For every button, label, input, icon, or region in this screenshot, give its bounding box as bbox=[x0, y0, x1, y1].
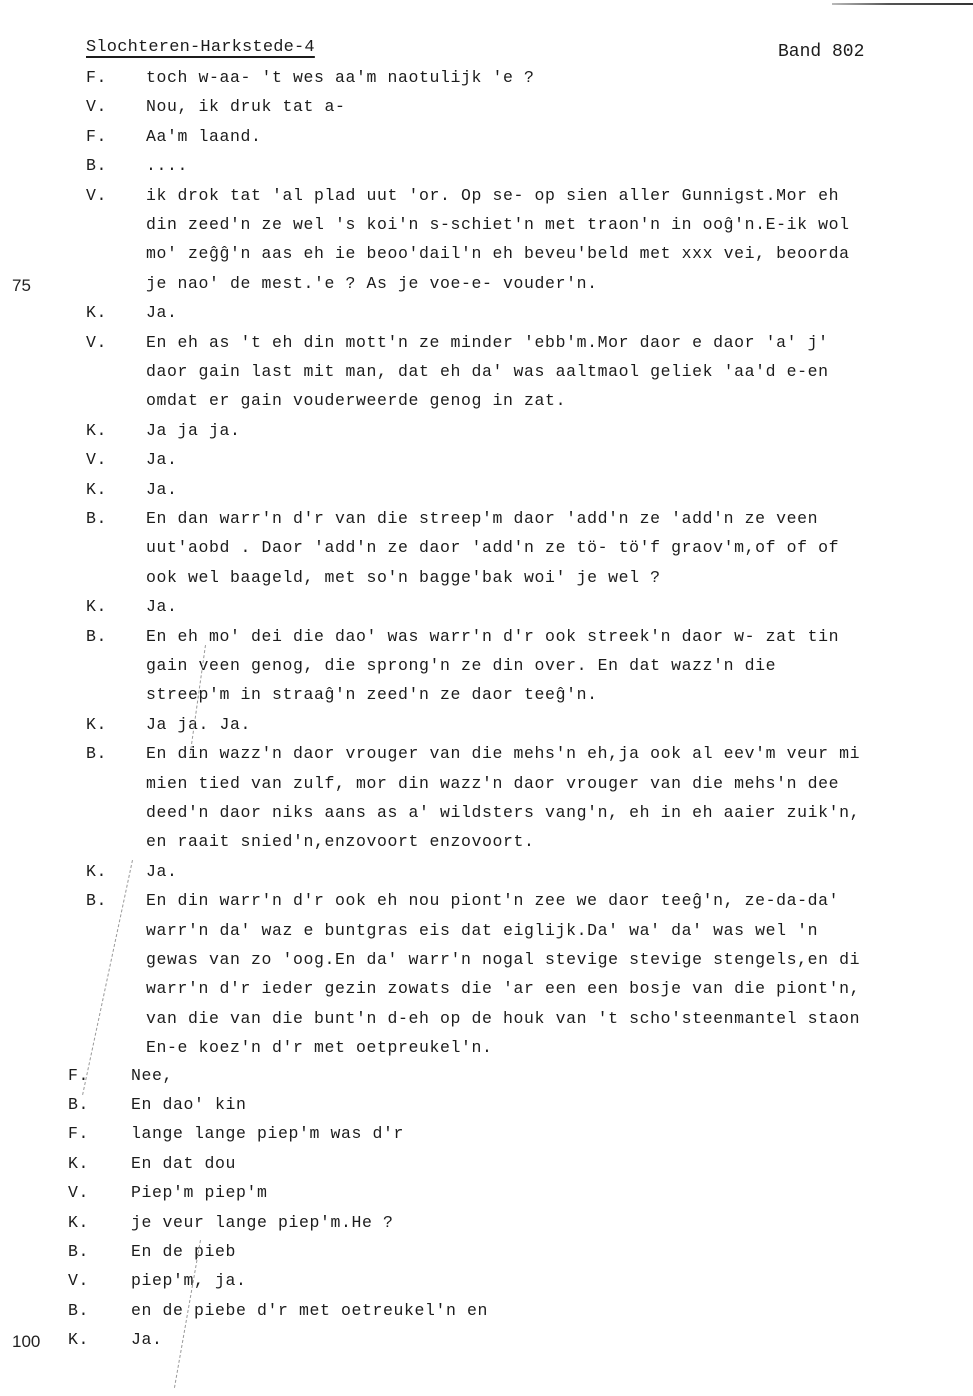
speaker-label: K. bbox=[68, 1330, 108, 1349]
utterance-text: en raait snied'n,enzovoort enzovoort. bbox=[146, 832, 535, 851]
speaker-label: V. bbox=[68, 1271, 108, 1290]
utterance-text: Piep'm piep'm bbox=[131, 1183, 268, 1202]
tape-number: Band 802 bbox=[778, 42, 864, 62]
speaker-label: K. bbox=[68, 1213, 108, 1232]
utterance-text: omdat er gain vouderweerde genog in zat. bbox=[146, 391, 566, 410]
utterance-text: van die van die bunt'n d-eh op de houk v… bbox=[146, 1009, 860, 1028]
utterance-text: Ja. bbox=[131, 1330, 163, 1349]
speaker-label: F. bbox=[86, 68, 126, 87]
speaker-label: V. bbox=[68, 1183, 108, 1202]
utterance-text: En eh as 't eh din mott'n ze minder 'ebb… bbox=[146, 333, 829, 352]
utterance-text: lange lange piep'm was d'r bbox=[131, 1124, 404, 1143]
speaker-label: V. bbox=[86, 333, 126, 352]
speaker-label: V. bbox=[86, 450, 126, 469]
utterance-text: deed'n daor niks aans as a' wildsters va… bbox=[146, 803, 860, 822]
utterance-text: gain veen genog, die sprong'n ze din ove… bbox=[146, 656, 776, 675]
utterance-text: En dat dou bbox=[131, 1154, 236, 1173]
utterance-text: En din warr'n d'r ook eh nou piont'n zee… bbox=[146, 891, 839, 910]
speaker-label: B. bbox=[68, 1242, 108, 1261]
document-title: Slochteren-Harkstede-4 bbox=[86, 38, 315, 57]
speaker-label: K. bbox=[86, 597, 126, 616]
utterance-text: Ja. bbox=[146, 597, 178, 616]
speaker-label: B. bbox=[68, 1301, 108, 1320]
utterance-text: piep'm, ja. bbox=[131, 1271, 247, 1290]
speaker-label: B. bbox=[86, 156, 126, 175]
speaker-label: B. bbox=[86, 891, 126, 910]
margin-line-number: 75 bbox=[12, 276, 31, 296]
speaker-label: F. bbox=[86, 127, 126, 146]
utterance-text: Aa'm laand. bbox=[146, 127, 262, 146]
utterance-text: En din wazz'n daor vrouger van die mehs'… bbox=[146, 744, 860, 763]
utterance-text: mo' zeĝĝ'n aas eh ie beoo'dail'n eh beve… bbox=[146, 244, 850, 263]
utterance-text: warr'n da' waz e buntgras eis dat eiglij… bbox=[146, 921, 818, 940]
utterance-text: Ja. bbox=[146, 862, 178, 881]
speaker-label: K. bbox=[86, 421, 126, 440]
scan-edge-mark bbox=[832, 3, 973, 5]
utterance-text: Ja ja. Ja. bbox=[146, 715, 251, 734]
utterance-text: je veur lange piep'm.He ? bbox=[131, 1213, 394, 1232]
speaker-label: K. bbox=[68, 1154, 108, 1173]
utterance-text: toch w-aa- 't wes aa'm naotulijk 'e ? bbox=[146, 68, 535, 87]
utterance-text: en de piebe d'r met oetreukel'n en bbox=[131, 1301, 488, 1320]
speaker-label: B. bbox=[86, 627, 126, 646]
utterance-text: streep'm in straaĝ'n zeed'n ze daor teeĝ… bbox=[146, 685, 598, 704]
utterance-text: din zeed'n ze wel 's koi'n s-schiet'n me… bbox=[146, 215, 850, 234]
utterance-text: Nee, bbox=[131, 1066, 173, 1085]
speaker-label: F. bbox=[68, 1124, 108, 1143]
utterance-text: En dan warr'n d'r van die streep'm daor … bbox=[146, 509, 818, 528]
utterance-text: ik drok tat 'al plad uut 'or. Op se- op … bbox=[146, 186, 839, 205]
utterance-text: gewas van zo 'oog.En da' warr'n nogal st… bbox=[146, 950, 860, 969]
speaker-label: V. bbox=[86, 186, 126, 205]
utterance-text: Ja. bbox=[146, 450, 178, 469]
utterance-text: .... bbox=[146, 156, 188, 175]
speaker-label: V. bbox=[86, 97, 126, 116]
utterance-text: Ja. bbox=[146, 480, 178, 499]
speaker-label: K. bbox=[86, 862, 126, 881]
utterance-text: En de pieb bbox=[131, 1242, 236, 1261]
utterance-text: Nou, ik druk tat a- bbox=[146, 97, 346, 116]
speaker-label: B. bbox=[86, 509, 126, 528]
utterance-text: warr'n d'r ieder gezin zowats die 'ar ee… bbox=[146, 979, 860, 998]
utterance-text: je nao' de mest.'e ? As je voe-e- vouder… bbox=[146, 274, 598, 293]
speaker-label: K. bbox=[86, 715, 126, 734]
utterance-text: mien tied van zulf, mor din wazz'n daor … bbox=[146, 774, 839, 793]
utterance-text: En eh mo' dei die dao' was warr'n d'r oo… bbox=[146, 627, 839, 646]
speaker-label: B. bbox=[68, 1095, 108, 1114]
utterance-text: Ja. bbox=[146, 303, 178, 322]
utterance-text: En-e koez'n d'r met oetpreukel'n. bbox=[146, 1038, 493, 1057]
utterance-text: uut'aobd . Daor 'add'n ze daor 'add'n ze… bbox=[146, 538, 839, 557]
utterance-text: Ja ja ja. bbox=[146, 421, 241, 440]
utterance-text: ook wel baageld, met so'n bagge'bak woi'… bbox=[146, 568, 661, 587]
speaker-label: B. bbox=[86, 744, 126, 763]
speaker-label: K. bbox=[86, 480, 126, 499]
speaker-label: K. bbox=[86, 303, 126, 322]
utterance-text: En dao' kin bbox=[131, 1095, 247, 1114]
margin-line-number: 100 bbox=[12, 1332, 40, 1352]
utterance-text: daor gain last mit man, dat eh da' was a… bbox=[146, 362, 829, 381]
